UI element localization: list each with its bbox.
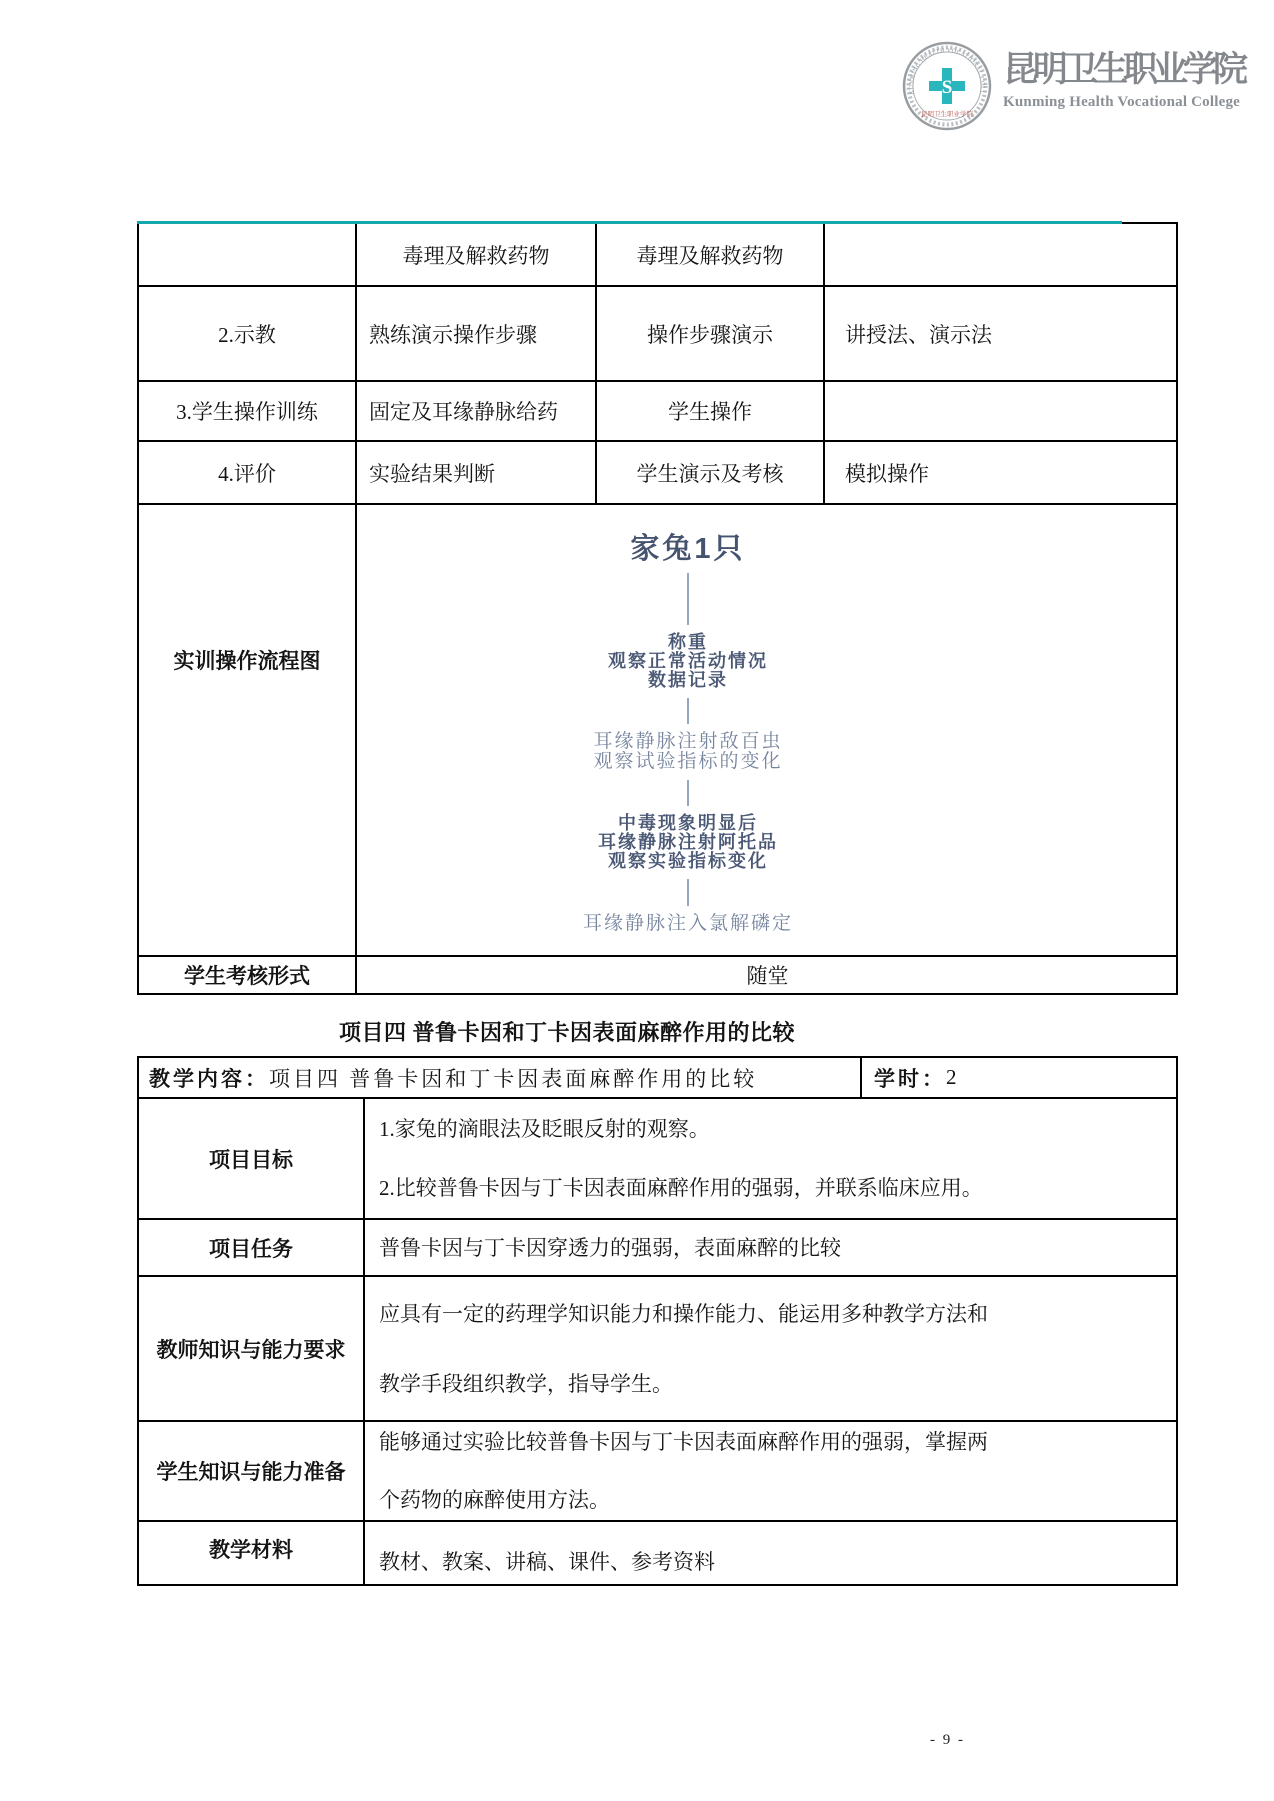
table-cell-empty: [825, 382, 1178, 442]
college-name-en: Kunming Health Vocational College: [1003, 94, 1243, 111]
row-label-student-preparation: 学生知识与能力准备: [139, 1422, 365, 1520]
table-cell: 学生演示及考核: [597, 442, 825, 505]
table-cell: 实验结果判断: [357, 442, 597, 505]
training-flowchart: 家兔1只 称重 观察正常活动情况 数据记录 耳缘静脉注射敌百虫 观察试验指标的变…: [488, 533, 888, 934]
section-title: 项目四 普鲁卡因和丁卡因表面麻醉作用的比较: [137, 1016, 997, 1047]
table-cell-empty: [139, 224, 357, 287]
row-label-teacher-requirements: 教师知识与能力要求: [139, 1277, 365, 1420]
row-label-teaching-materials: 教学材料: [139, 1522, 365, 1584]
flow-node-weigh: 称重 观察正常活动情况 数据记录: [488, 633, 888, 690]
seal-center-letter: S: [942, 77, 953, 98]
table-row: 项目任务 普鲁卡因与丁卡因穿透力的强弱，表面麻醉的比较: [139, 1220, 1176, 1277]
college-name-zh: 昆明卫生职业学院: [1003, 50, 1243, 90]
table-cell: 操作步骤演示: [597, 287, 825, 382]
table-row: 教学材料 教材、教案、讲稿、课件、参考资料: [139, 1522, 1176, 1584]
step-label-cell: 4.评价: [139, 442, 357, 505]
teaching-content-value: 项目四 普鲁卡因和丁卡因表面麻醉作用的比较: [269, 1063, 757, 1093]
step-label-cell: 2.示教: [139, 287, 357, 382]
table-cell-empty: [825, 224, 1178, 287]
page-number: - 9 -: [930, 1732, 965, 1749]
row-content: 1.家兔的滴眼法及眨眼反射的观察。 2.比较普鲁卡因与丁卡因表面麻醉作用的强弱，…: [365, 1099, 1176, 1218]
row-label-project-task: 项目任务: [139, 1220, 365, 1275]
row-content: 教材、教案、讲稿、课件、参考资料: [365, 1522, 1176, 1584]
table-cell: 模拟操作: [825, 442, 1178, 505]
flow-node-rabbit: 家兔1只: [488, 533, 888, 565]
class-hours-cell: 学时： 2: [862, 1058, 1176, 1097]
table-cell: 讲授法、演示法: [825, 287, 1178, 382]
table-row: 项目目标 1.家兔的滴眼法及眨眼反射的观察。 2.比较普鲁卡因与丁卡因表面麻醉作…: [139, 1099, 1176, 1220]
class-hours-value: 2: [946, 1065, 960, 1090]
table-header-row: 教学内容： 项目四 普鲁卡因和丁卡因表面麻醉作用的比较 学时： 2: [139, 1058, 1176, 1099]
table-row: 教师知识与能力要求 应具有一定的药理学知识能力和操作能力、能运用多种教学方法和 …: [139, 1277, 1176, 1422]
college-seal-icon: KUNMING HEALTH VOCATIONAL COLLEGE S 昆明卫生…: [901, 40, 993, 132]
row-content: 普鲁卡因与丁卡因穿透力的强弱，表面麻醉的比较: [365, 1220, 1176, 1275]
college-name-block: 昆明卫生职业学院 Kunming Health Vocational Colle…: [1003, 40, 1243, 111]
flow-connector-line: [687, 698, 689, 724]
document-page: { "header": { "college_name_zh": "昆明卫生职业…: [0, 0, 1274, 1801]
table-cell: 毒理及解救药物: [357, 224, 597, 287]
teal-accent-line: [137, 221, 1122, 224]
flow-node-inject-dipterex: 耳缘静脉注射敌百虫 观察试验指标的变化: [488, 732, 888, 772]
row-content: 能够通过实验比较普鲁卡因与丁卡因表面麻醉作用的强弱，掌握两 个药物的麻醉使用方法…: [365, 1422, 1176, 1520]
lesson-steps-table: 毒理及解救药物 毒理及解救药物 2.示教 熟练演示操作步骤 操作步骤演示 讲授法…: [137, 222, 1178, 995]
table-cell: 学生操作: [597, 382, 825, 442]
college-logo: KUNMING HEALTH VOCATIONAL COLLEGE S 昆明卫生…: [901, 40, 1243, 132]
flow-node-atropine: 中毒现象明显后 耳缘静脉注射阿托品 观察实验指标变化: [488, 814, 888, 871]
flowchart-label-cell: 实训操作流程图: [139, 505, 357, 957]
teaching-content-cell: 教学内容： 项目四 普鲁卡因和丁卡因表面麻醉作用的比较: [139, 1058, 862, 1097]
table-cell: 毒理及解救药物: [597, 224, 825, 287]
assessment-value-cell: 随堂: [357, 957, 1178, 993]
table-cell: 固定及耳缘静脉给药: [357, 382, 597, 442]
teaching-content-label: 教学内容：: [149, 1063, 269, 1093]
class-hours-label: 学时：: [874, 1063, 946, 1093]
flowchart-cell: 家兔1只 称重 观察正常活动情况 数据记录 耳缘静脉注射敌百虫 观察试验指标的变…: [357, 505, 1178, 957]
project-four-table: 教学内容： 项目四 普鲁卡因和丁卡因表面麻醉作用的比较 学时： 2 项目目标 1…: [137, 1056, 1178, 1586]
table-row: 学生知识与能力准备 能够通过实验比较普鲁卡因与丁卡因表面麻醉作用的强弱，掌握两 …: [139, 1422, 1176, 1522]
flow-connector-line: [687, 780, 689, 806]
row-label-project-goal: 项目目标: [139, 1099, 365, 1218]
step-label-cell: 3.学生操作训练: [139, 382, 357, 442]
seal-bottom-text: 昆明卫生职业学院: [921, 109, 974, 118]
table-cell: 熟练演示操作步骤: [357, 287, 597, 382]
row-content: 应具有一定的药理学知识能力和操作能力、能运用多种教学方法和 教学手段组织教学，指…: [365, 1277, 1176, 1420]
flow-node-pam: 耳缘静脉注入氯解磷定: [488, 914, 888, 934]
assessment-label-cell: 学生考核形式: [139, 957, 357, 993]
flow-connector-line: [687, 879, 689, 906]
flow-connector-line: [687, 573, 689, 625]
